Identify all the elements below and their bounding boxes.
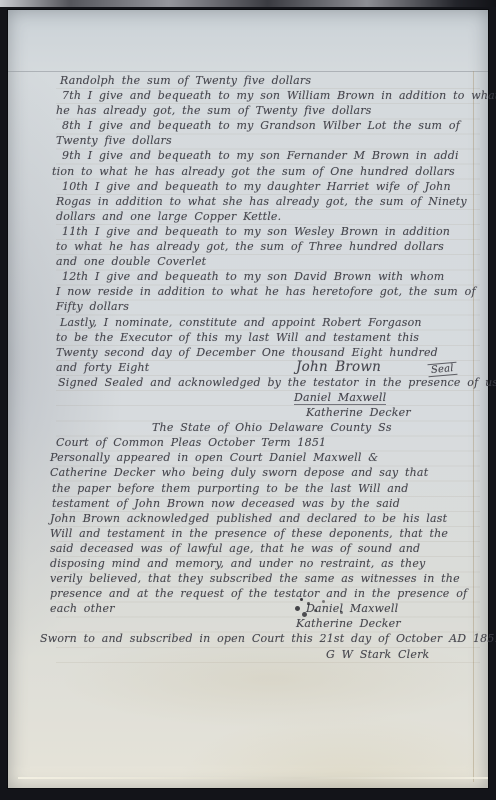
manuscript-segment: tion to what he has already got the sum … [52, 165, 455, 178]
manuscript-line: 11th I give and bequeath to my son Wesle… [56, 225, 480, 240]
manuscript-line: the paper before them purporting to be t… [56, 482, 480, 497]
manuscript-text: Randolph the sum of Twenty five dollars7… [56, 74, 480, 663]
manuscript-line: Twenty five dollars [56, 134, 480, 149]
manuscript-segment: Sworn to and subscribed in open Court th… [40, 632, 496, 645]
manuscript-segment: The State of Ohio Delaware County Ss [152, 421, 392, 434]
manuscript-line: to what he has already got, the sum of T… [56, 240, 480, 255]
manuscript-segment: Fifty dollars [56, 300, 129, 313]
manuscript-segment: Lastly, I nominate, constitute and appoi… [60, 316, 422, 329]
manuscript-segment: 9th I give and bequeath to my son Fernan… [62, 149, 459, 162]
manuscript-segment: 7th I give and bequeath to my son Willia… [62, 89, 496, 102]
manuscript-line: Twenty second day of December One thousa… [56, 346, 480, 361]
manuscript-line: Signed Sealed and acknowledged by the te… [56, 376, 480, 391]
manuscript-segment: 11th I give and bequeath to my son Wesle… [62, 225, 450, 238]
manuscript-segment: said deceased was of lawful age, that he… [50, 542, 420, 555]
manuscript-line: 9th I give and bequeath to my son Fernan… [56, 149, 480, 164]
manuscript-segment: 8th I give and bequeath to my Grandson W… [62, 119, 460, 132]
manuscript-line: Fifty dollars [56, 300, 480, 315]
manuscript-line: Sworn to and subscribed in open Court th… [56, 632, 480, 647]
manuscript-line: and forty EightJohn BrownSeal [56, 361, 480, 376]
manuscript-line: and one double Coverlet [56, 255, 480, 270]
manuscript-line: Court of Common Pleas October Term 1851 [56, 436, 480, 451]
manuscript-segment: Catherine Decker who being duly sworn de… [50, 466, 428, 479]
manuscript-segment: to what he has already got, the sum of T… [56, 240, 444, 253]
manuscript-segment: and one double Coverlet [56, 255, 206, 268]
manuscript-segment: Twenty five dollars [56, 134, 172, 147]
manuscript-line: testament of John Brown now deceased was… [56, 497, 480, 512]
manuscript-segment: Twenty second day of December One thousa… [56, 346, 438, 359]
manuscript-segment: testament of John Brown now deceased was… [52, 497, 400, 510]
ledger-page: Randolph the sum of Twenty five dollars7… [8, 10, 488, 788]
manuscript-segment: each other [50, 602, 115, 615]
signature-daniel-maxwell: Daniel Maxwell [294, 391, 386, 405]
manuscript-segment: the paper before them purporting to be t… [52, 482, 409, 495]
manuscript-line: verily believed, that they subscribed th… [56, 572, 480, 587]
manuscript-line: 7th I give and bequeath to my son Willia… [56, 89, 480, 104]
manuscript-segment: presence and at the request of the testa… [50, 587, 467, 600]
manuscript-segment: John Brown acknowledged published and de… [50, 512, 447, 525]
manuscript-line: said deceased was of lawful age, that he… [56, 542, 480, 557]
seal-mark: Seal [427, 362, 457, 377]
manuscript-line: to be the Executor of this my last Will … [56, 331, 480, 346]
manuscript-line: 8th I give and bequeath to my Grandson W… [56, 119, 480, 134]
manuscript-line: Lastly, I nominate, constitute and appoi… [56, 316, 480, 331]
manuscript-segment: Signed Sealed and acknowledged by the te… [58, 376, 496, 389]
manuscript-line: dollars and one large Copper Kettle. [56, 210, 480, 225]
page-edge-highlight [18, 777, 488, 779]
manuscript-line: John Brown acknowledged published and de… [56, 512, 480, 527]
manuscript-line: I now reside in addition to what he has … [56, 285, 480, 300]
manuscript-segment: disposing mind and memory, and under no … [50, 557, 425, 570]
manuscript-segment: and forty Eight [56, 361, 149, 374]
page-crease-horizontal [8, 71, 488, 72]
ink-blots [300, 598, 303, 601]
manuscript-line: Daniel Maxwell [56, 391, 480, 406]
manuscript-line: Katherine Decker [56, 617, 480, 632]
manuscript-line: Catherine Decker who being duly sworn de… [56, 466, 480, 481]
manuscript-line: G W Stark Clerk [56, 648, 480, 663]
manuscript-segment: Personally appeared in open Court Daniel… [50, 451, 378, 464]
signature-daniel-maxwell: Daniel Maxwell [306, 602, 398, 615]
manuscript-segment: dollars and one large Copper Kettle. [56, 210, 281, 223]
manuscript-line: tion to what he has already got the sum … [56, 165, 480, 180]
signature-katherine-decker: Katherine Decker [306, 406, 411, 419]
manuscript-segment: I now reside in addition to what he has … [56, 285, 476, 298]
manuscript-segment: he has already got, the sum of Twenty fi… [56, 104, 372, 117]
manuscript-segment: Court of Common Pleas October Term 1851 [56, 436, 326, 449]
signature-clerk: G W Stark Clerk [326, 648, 429, 661]
signature-katherine-decker: Katherine Decker [296, 617, 401, 630]
manuscript-segment: Will and testament in the presence of th… [50, 527, 448, 540]
manuscript-segment: Randolph the sum of Twenty five dollars [60, 74, 311, 87]
book-edge-top [0, 0, 496, 7]
manuscript-segment: Rogas in addition to what she has alread… [56, 195, 467, 208]
manuscript-segment: 10th I give and bequeath to my daughter … [62, 180, 451, 193]
manuscript-segment: verily believed, that they subscribed th… [50, 572, 460, 585]
signature-john-brown: John Brown [296, 359, 381, 375]
manuscript-line: each otherDaniel Maxwell [56, 602, 480, 617]
manuscript-line: Rogas in addition to what she has alread… [56, 195, 480, 210]
manuscript-segment: to be the Executor of this my last Will … [56, 331, 419, 344]
manuscript-line: Randolph the sum of Twenty five dollars [56, 74, 480, 89]
manuscript-line: 12th I give and bequeath to my son David… [56, 270, 480, 285]
photo-backdrop: { "colors": { "ink": "#3e3e46", "paper_t… [0, 0, 496, 800]
manuscript-line: he has already got, the sum of Twenty fi… [56, 104, 480, 119]
manuscript-line: 10th I give and bequeath to my daughter … [56, 180, 480, 195]
manuscript-line: The State of Ohio Delaware County Ss [56, 421, 480, 436]
manuscript-line: presence and at the request of the testa… [56, 587, 480, 602]
manuscript-line: disposing mind and memory, and under no … [56, 557, 480, 572]
manuscript-segment: 12th I give and bequeath to my son David… [62, 270, 444, 283]
manuscript-line: Will and testament in the presence of th… [56, 527, 480, 542]
manuscript-line: Personally appeared in open Court Daniel… [56, 451, 480, 466]
manuscript-line: Katherine Decker [56, 406, 480, 421]
